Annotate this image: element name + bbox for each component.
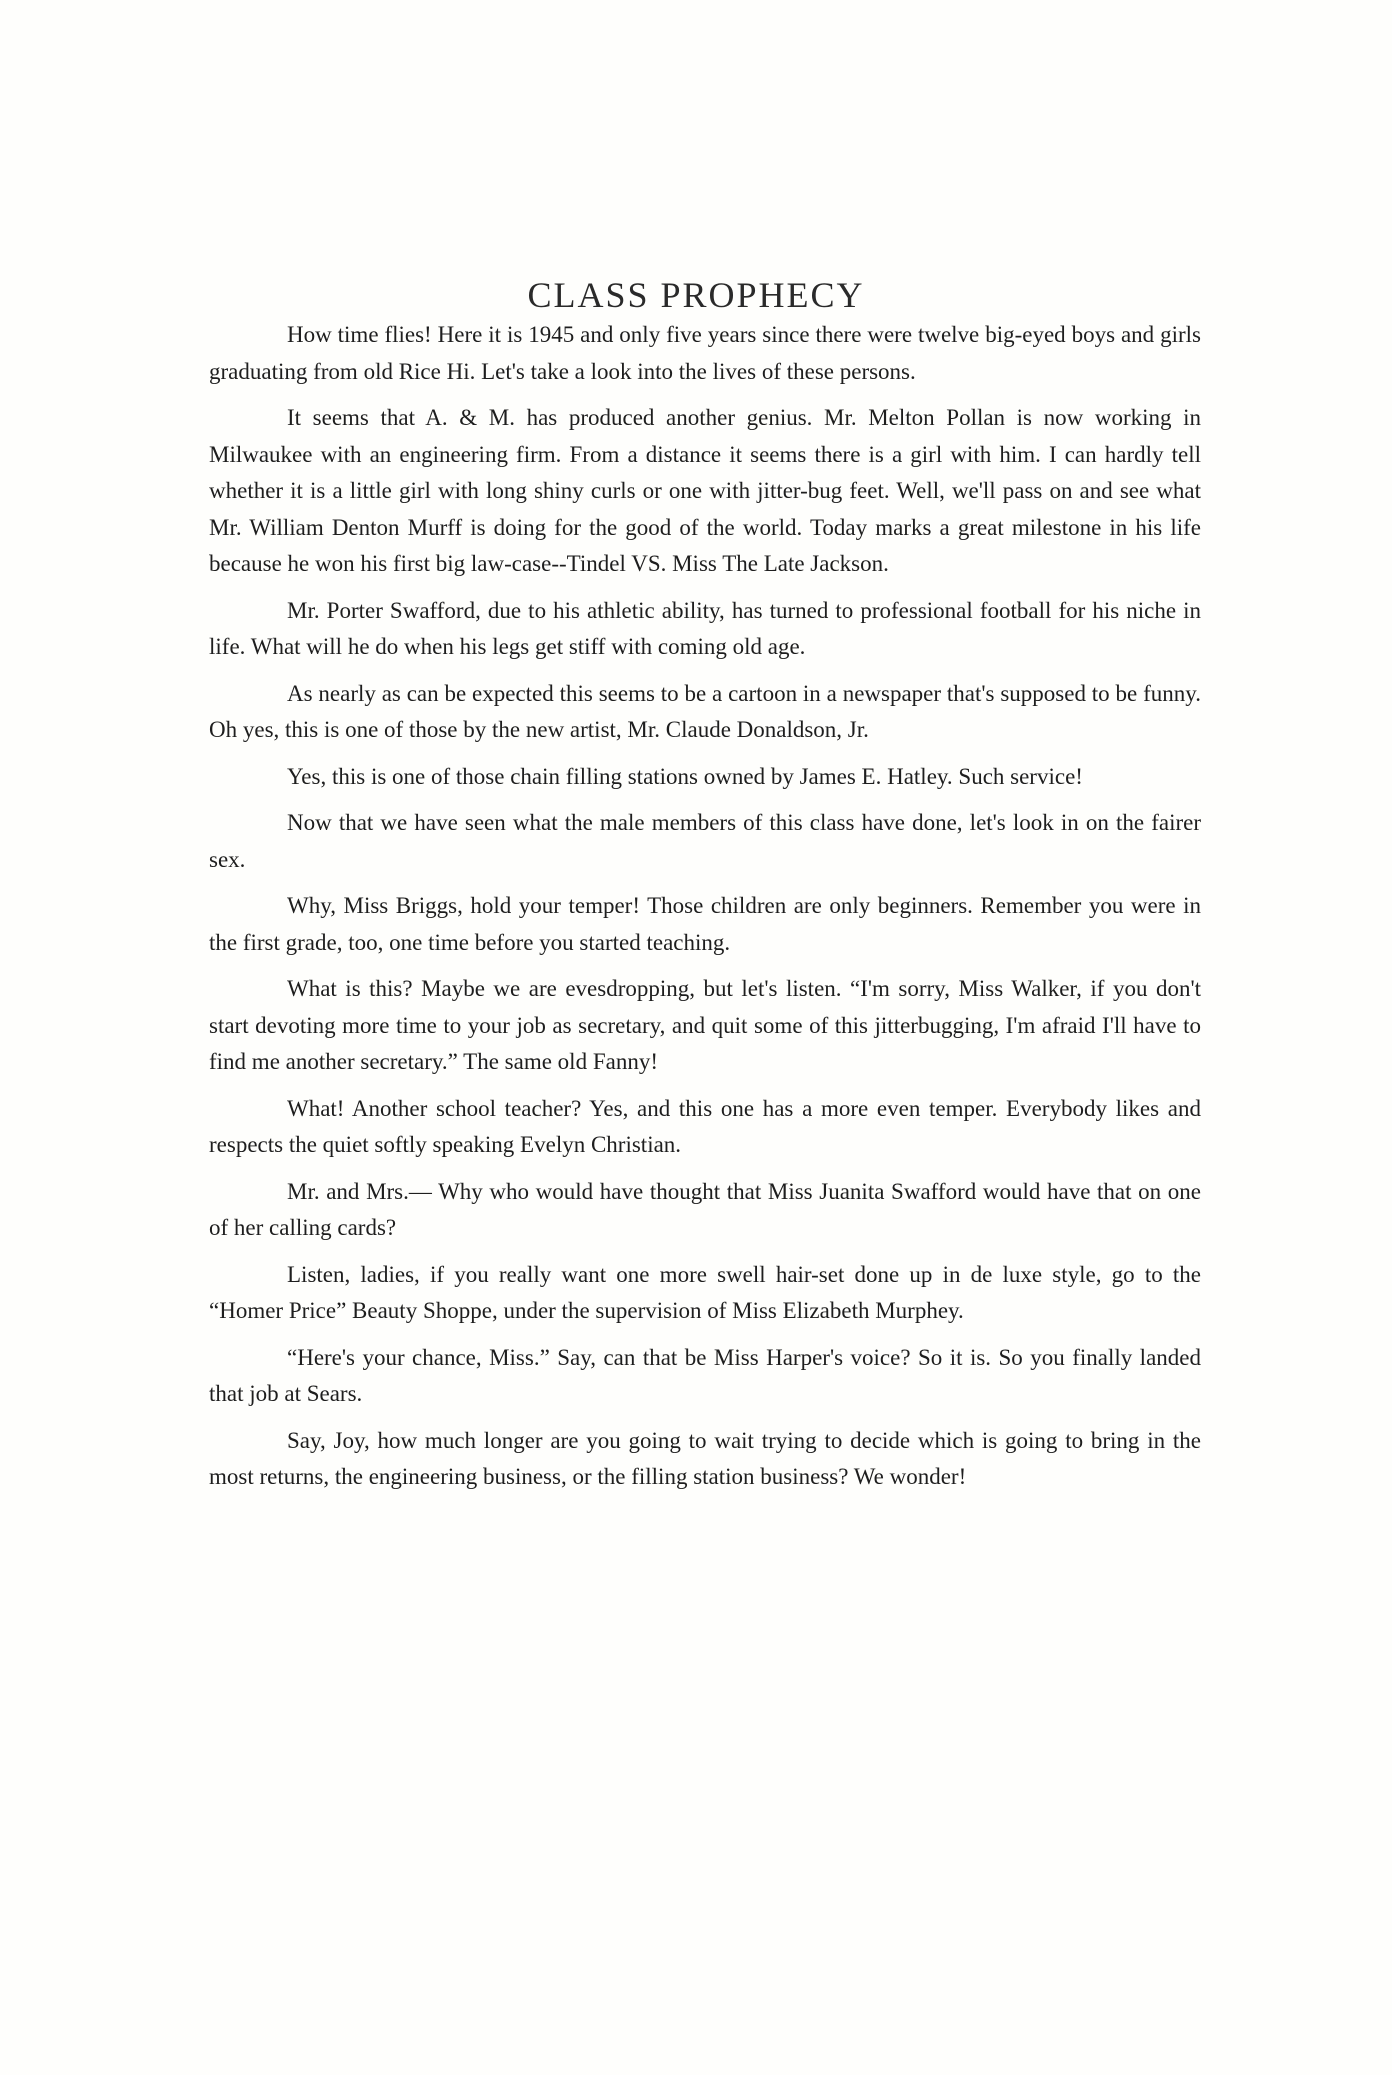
paragraph: What is this? Maybe we are evesdropping,… [209,971,1201,1081]
paragraph: Why, Miss Briggs, hold your temper! Thos… [209,888,1201,961]
paragraph: Now that we have seen what the male memb… [209,805,1201,878]
paragraph: Say, Joy, how much longer are you going … [209,1423,1201,1496]
paragraph: Listen, ladies, if you really want one m… [209,1257,1201,1330]
paragraph: What! Another school teacher? Yes, and t… [209,1091,1201,1164]
page-title: CLASS PROPHECY [0,274,1392,316]
paragraph: “Here's your chance, Miss.” Say, can tha… [209,1340,1201,1413]
document-body: How time flies! Here it is 1945 and only… [209,317,1201,1506]
paragraph: Mr. Porter Swafford, due to his athletic… [209,593,1201,666]
paragraph: It seems that A. & M. has produced anoth… [209,400,1201,583]
paragraph: As nearly as can be expected this seems … [209,676,1201,749]
paragraph: Mr. and Mrs.— Why who would have thought… [209,1174,1201,1247]
document-page: CLASS PROPHECY How time flies! Here it i… [0,0,1392,2075]
paragraph: Yes, this is one of those chain filling … [209,759,1201,796]
paragraph: How time flies! Here it is 1945 and only… [209,317,1201,390]
